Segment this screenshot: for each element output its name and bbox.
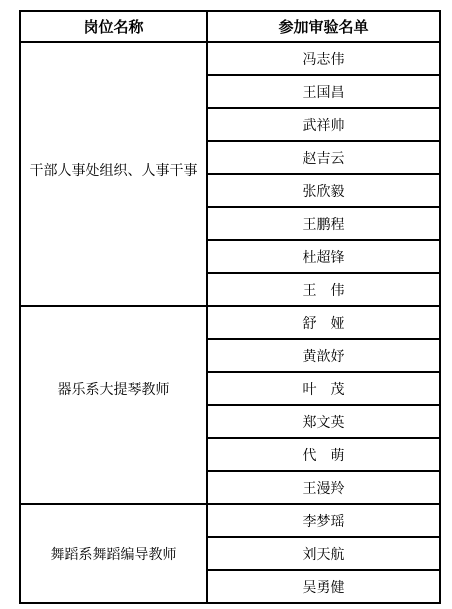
name-cell: 武祥帅 xyxy=(207,108,440,141)
name-cell: 王漫羚 xyxy=(207,471,440,504)
table-row: 器乐系大提琴教师 舒 娅 xyxy=(20,306,440,339)
position-cell: 器乐系大提琴教师 xyxy=(20,306,207,504)
header-row: 岗位名称 参加审验名单 xyxy=(20,11,440,42)
name-cell: 张欣毅 xyxy=(207,174,440,207)
name-cell: 王国昌 xyxy=(207,75,440,108)
header-names: 参加审验名单 xyxy=(207,11,440,42)
name-cell: 代 萌 xyxy=(207,438,440,471)
name-cell: 王鹏程 xyxy=(207,207,440,240)
name-cell: 王 伟 xyxy=(207,273,440,306)
table-row: 舞蹈系舞蹈编导教师 李梦瑶 xyxy=(20,504,440,537)
review-roster-table: 岗位名称 参加审验名单 干部人事处组织、人事干事 冯志伟 王国昌 武祥帅 赵吉云… xyxy=(19,10,441,604)
table-row: 干部人事处组织、人事干事 冯志伟 xyxy=(20,42,440,75)
position-label: 舞蹈系舞蹈编导教师 xyxy=(51,547,177,563)
position-cell: 舞蹈系舞蹈编导教师 xyxy=(20,504,207,603)
name-cell: 刘天航 xyxy=(207,537,440,570)
position-label: 器乐系大提琴教师 xyxy=(58,382,170,398)
name-cell: 李梦瑶 xyxy=(207,504,440,537)
header-position: 岗位名称 xyxy=(20,11,207,42)
name-cell: 郑文英 xyxy=(207,405,440,438)
name-cell: 赵吉云 xyxy=(207,141,440,174)
name-cell: 舒 娅 xyxy=(207,306,440,339)
name-cell: 黄歆妤 xyxy=(207,339,440,372)
position-label: 干部人事处组织、人事干事 xyxy=(30,163,198,179)
name-cell: 叶 茂 xyxy=(207,372,440,405)
name-cell: 冯志伟 xyxy=(207,42,440,75)
name-cell: 吴勇健 xyxy=(207,570,440,603)
position-cell: 干部人事处组织、人事干事 xyxy=(20,42,207,306)
name-cell: 杜超锋 xyxy=(207,240,440,273)
